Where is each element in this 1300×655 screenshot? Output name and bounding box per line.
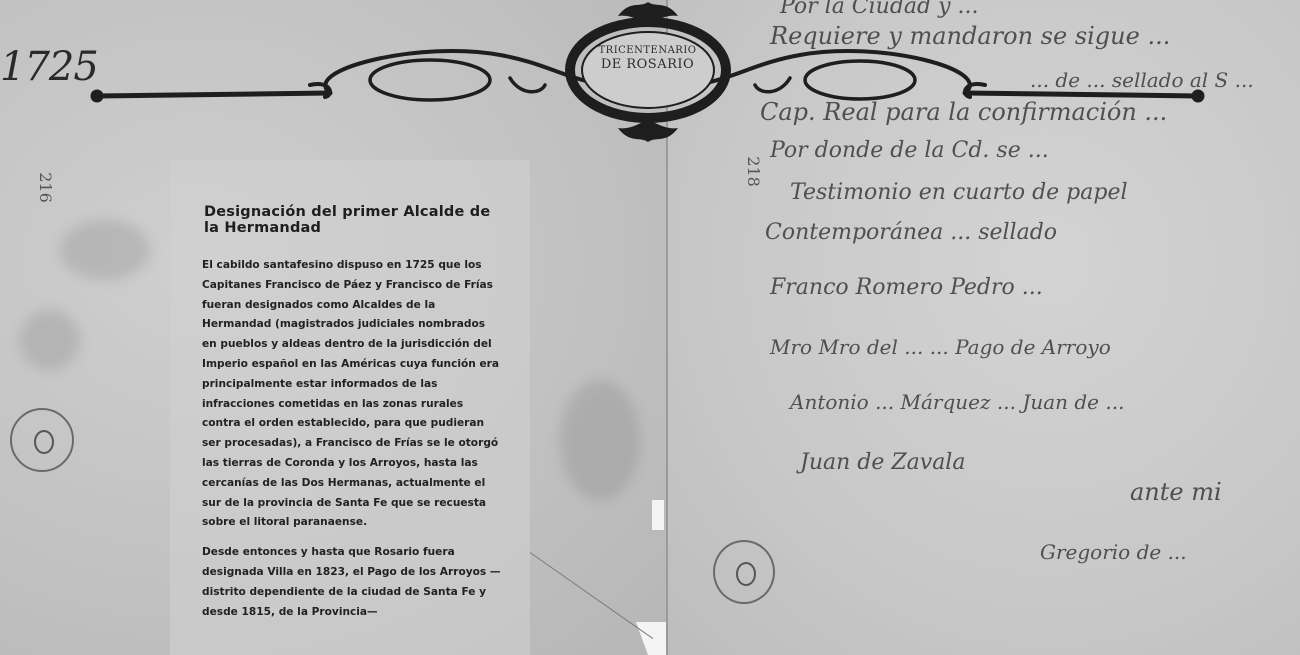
panel-paragraph: El cabildo santafesino dispuso en 1725 q… (202, 256, 502, 533)
folio-number-left: 216 (36, 172, 55, 203)
manuscript-line: Por la Ciudad y ... (780, 0, 979, 19)
signature-line: ante mi (1130, 478, 1222, 506)
panel-body: El cabildo santafesino dispuso en 1725 q… (202, 256, 502, 632)
paper-stain (20, 310, 80, 370)
manuscript-line: Cap. Real para la confirmación ... (760, 98, 1167, 126)
manuscript-line: Requiere y mandaron se sigue ... (770, 22, 1170, 50)
folio-number-right: 218 (744, 156, 763, 187)
signature-line: Juan de Zavala (800, 450, 965, 475)
paper-stain (60, 220, 150, 280)
info-panel: Designación del primer Alcalde de la Her… (170, 160, 530, 655)
signature-line: Antonio ... Márquez ... Juan de ... (790, 390, 1124, 414)
signature-line: Franco Romero Pedro ... (770, 275, 1043, 300)
archive-stamp-right (713, 540, 775, 604)
manuscript-line: ... de ... sellado al S ... (1030, 68, 1254, 92)
seal-line-2: DE ROSARIO (580, 58, 715, 72)
seal-line-1: TRICENTENARIO (580, 44, 715, 58)
tricentenario-seal: TRICENTENARIO DE ROSARIO (580, 44, 715, 72)
year-annotation: 1725 (0, 44, 98, 90)
paper-stain (560, 380, 640, 500)
paper-tear (652, 500, 664, 530)
page-fold (666, 0, 668, 655)
archive-stamp-left (10, 408, 74, 472)
signature-line: Gregorio de ... (1040, 540, 1187, 564)
signature-line: Mro Mro del ... ... Pago de Arroyo (770, 335, 1111, 359)
manuscript-line: Contemporánea ... sellado (765, 220, 1057, 245)
manuscript-line: Testimonio en cuarto de papel (790, 180, 1128, 205)
manuscript-line: Por donde de la Cd. se ... (770, 138, 1049, 163)
panel-title: Designación del primer Alcalde de la Her… (204, 204, 504, 236)
panel-paragraph: Desde entonces y hasta que Rosario fuera… (202, 543, 502, 622)
